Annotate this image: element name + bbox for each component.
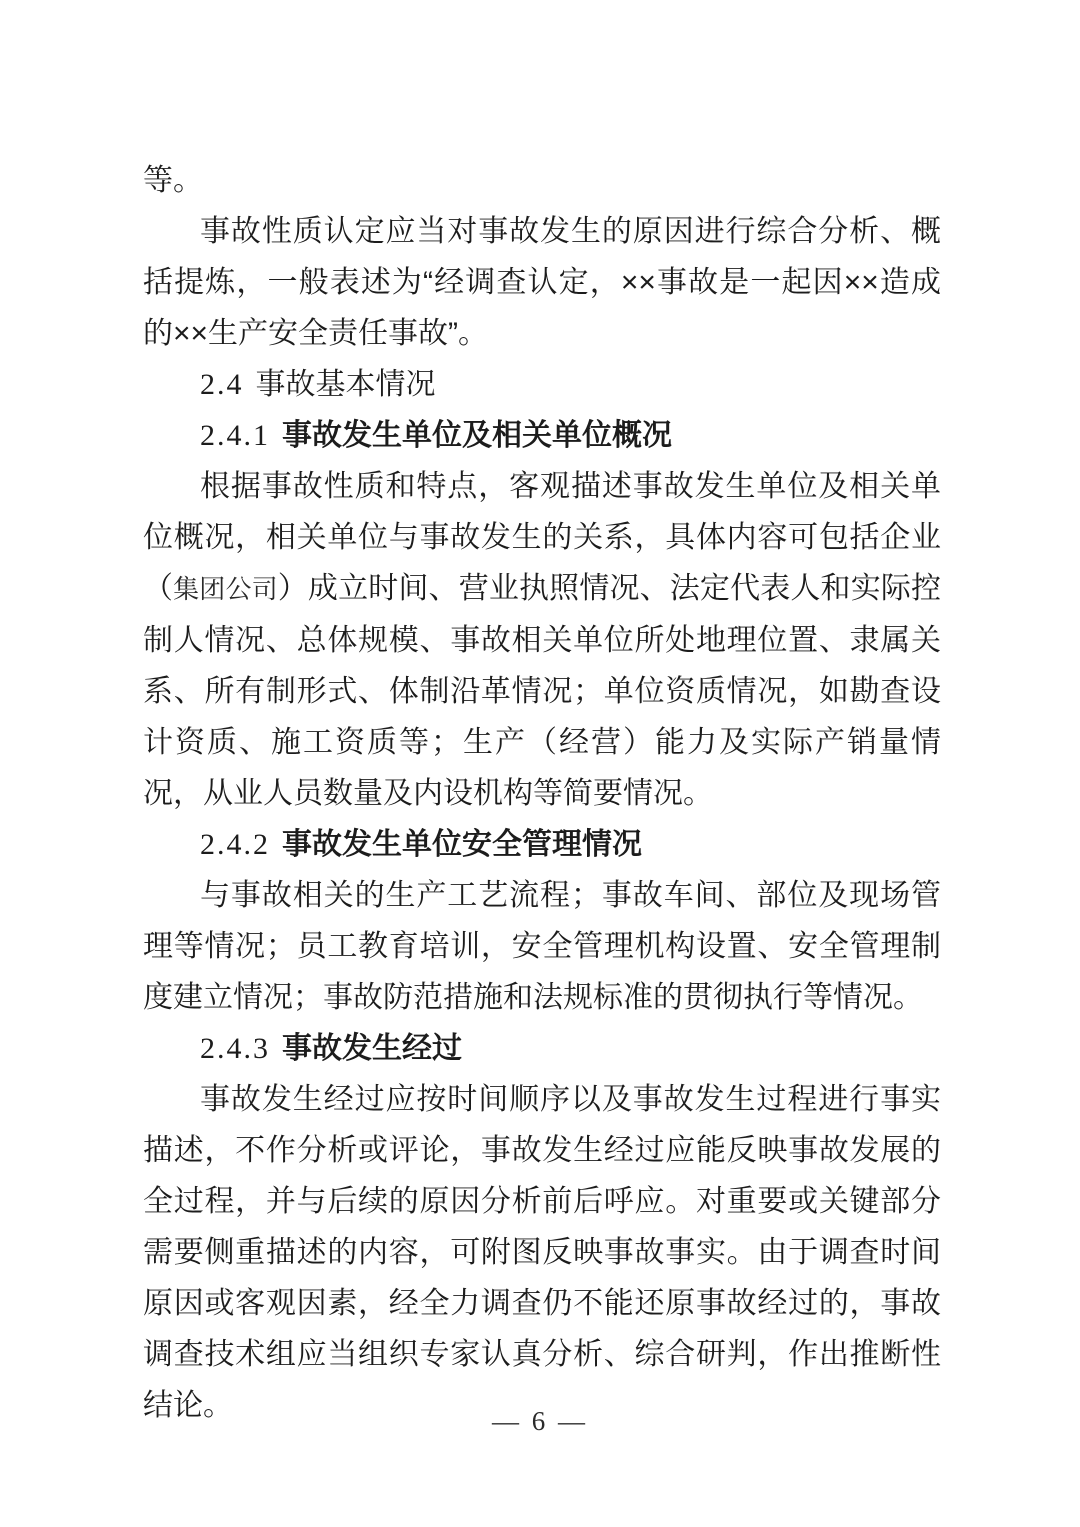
heading-2-4-2-title: 事故发生单位安全管理情况 bbox=[282, 828, 642, 861]
page-number: — 6 — bbox=[492, 1406, 588, 1436]
paragraph-safety-management: 与事故相关的生产工艺流程；事故车间、部位及现场管理等情况；员工教育培训，安全管理… bbox=[143, 870, 941, 1023]
heading-2-4-title: 事故基本情况 bbox=[256, 368, 436, 401]
heading-2-4-1-title: 事故发生单位及相关单位概况 bbox=[282, 419, 672, 452]
heading-2-4-1: 2.4.1事故发生单位及相关单位概况 bbox=[143, 410, 941, 461]
paragraph-accident-course: 事故发生经过应按时间顺序以及事故发生过程进行事实描述，不作分析或评论，事故发生经… bbox=[143, 1074, 941, 1431]
unit-overview-text-after: ）成立时间、营业执照情况、法定代表人和实际控制人情况、总体规模、事故相关单位所处… bbox=[143, 572, 941, 810]
heading-2-4: 2.4事故基本情况 bbox=[143, 359, 941, 410]
heading-2-4-number: 2.4 bbox=[200, 368, 244, 401]
unit-overview-kai-text: 集团公司 bbox=[173, 574, 278, 604]
heading-2-4-3-number: 2.4.3 bbox=[200, 1032, 270, 1065]
document-page: 等。 事故性质认定应当对事故发生的原因进行综合分析、概括提炼，一般表述为“经调查… bbox=[0, 0, 1080, 1527]
heading-2-4-2-number: 2.4.2 bbox=[200, 828, 270, 861]
paragraph-nature-determination: 事故性质认定应当对事故发生的原因进行综合分析、概括提炼，一般表述为“经调查认定，… bbox=[143, 206, 941, 359]
page-footer: — 6 — bbox=[0, 1406, 1080, 1437]
heading-2-4-2: 2.4.2事故发生单位安全管理情况 bbox=[143, 819, 941, 870]
heading-2-4-1-number: 2.4.1 bbox=[200, 419, 270, 452]
page-content: 等。 事故性质认定应当对事故发生的原因进行综合分析、概括提炼，一般表述为“经调查… bbox=[143, 155, 941, 1431]
heading-2-4-3-title: 事故发生经过 bbox=[282, 1032, 462, 1065]
paragraph-continuation: 等。 bbox=[143, 155, 941, 206]
paragraph-unit-overview: 根据事故性质和特点，客观描述事故发生单位及相关单位概况，相关单位与事故发生的关系… bbox=[143, 461, 941, 819]
heading-2-4-3: 2.4.3事故发生经过 bbox=[143, 1023, 941, 1074]
